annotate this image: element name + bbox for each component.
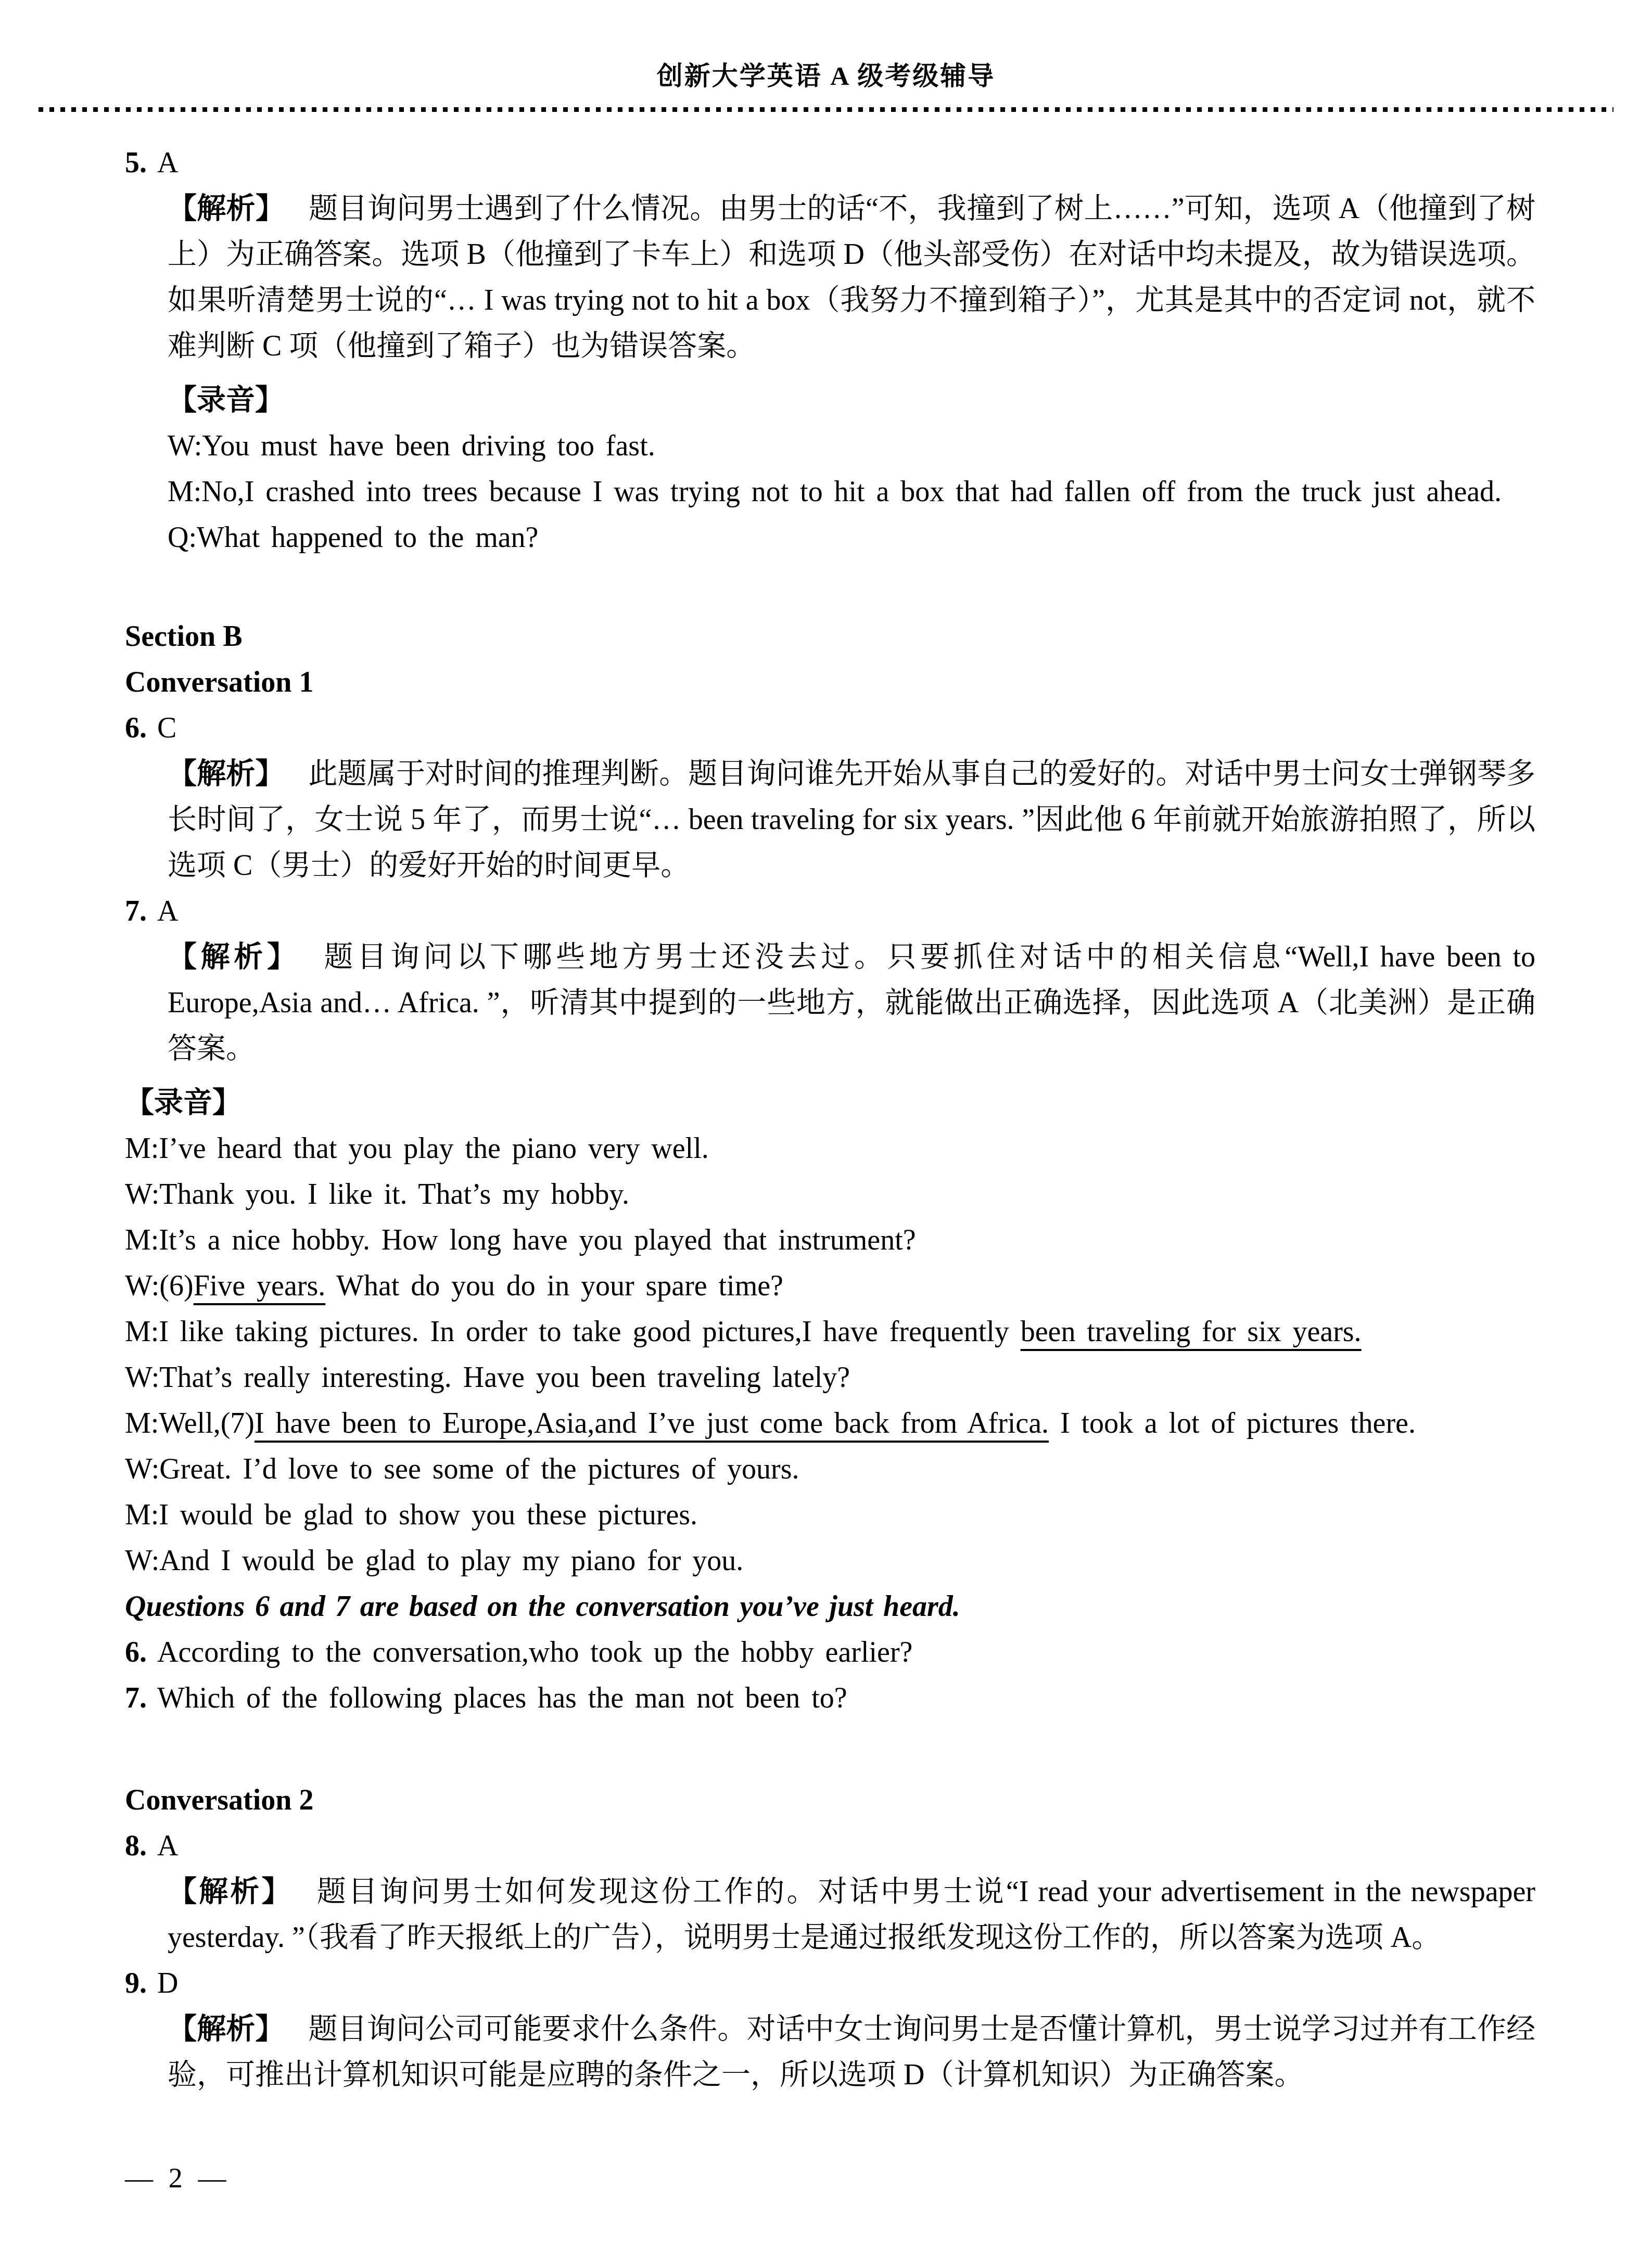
answer-letter: D — [157, 1967, 178, 1999]
answer-letter: A — [157, 147, 178, 179]
page-number: — 2 — — [0, 2155, 1652, 2201]
dialogue-text: M:I would be glad to show you these pict… — [125, 1499, 697, 1531]
dialogue-line: W:That’s really interesting. Have you be… — [125, 1355, 1535, 1400]
analysis-text: 题目询问公司可能要求什么条件。对话中女士询问男士是否懂计算机，男士说学习过并有工… — [168, 2013, 1535, 2091]
question-number: 6. — [125, 1636, 147, 1668]
section-b-heading: Section B — [125, 614, 1535, 659]
dialogue-underlined-text: I have been to Europe,Asia,and I’ve just… — [255, 1407, 1049, 1440]
dialogue-text: Q:What happened to the man? — [168, 521, 538, 554]
analysis-tag: 【解析】 — [168, 941, 300, 973]
dialogue-line: W:And I would be glad to play my piano f… — [125, 1538, 1535, 1584]
analysis-text: 题目询问男士如何发现这份工作的。对话中男士说“I read your adver… — [168, 1876, 1535, 1954]
question-number: 7. — [125, 1682, 147, 1714]
dialogue-line: W:Thank you. I like it. That’s my hobby. — [125, 1171, 1535, 1217]
dialogue-line: W:You must have been driving too fast. — [168, 423, 1535, 469]
dialogue-text: M:I’ve heard that you play the piano ver… — [125, 1132, 709, 1165]
dialogue-text: W:Great. I’d love to see some of the pic… — [125, 1453, 799, 1485]
dialogue-underlined-text: Five years. — [194, 1270, 326, 1302]
questions-note: Questions 6 and 7 are based on the conve… — [125, 1584, 1535, 1629]
dialogue-text: M:I like taking pictures. In order to ta… — [125, 1316, 1021, 1348]
dialogue-text: W:And I would be glad to play my piano f… — [125, 1545, 743, 1577]
question-line-7: 7.Which of the following places has the … — [125, 1675, 1535, 1721]
dialogue-text: M:Well,(7) — [125, 1407, 255, 1440]
answer-number: 5. — [125, 147, 147, 179]
analysis-text: 题目询问以下哪些地方男士还没去过。只要抓住对话中的相关信息“Well,I hav… — [168, 941, 1535, 1065]
dialogue-text: W:Thank you. I like it. That’s my hobby. — [125, 1178, 629, 1211]
dialogue-line: M:It’s a nice hobby. How long have you p… — [125, 1217, 1535, 1263]
analysis-tag: 【解析】 — [168, 758, 285, 790]
analysis-paragraph-6: 【解析】此题属于对时间的推理判断。题目询问谁先开始从事自己的爱好的。对话中男士问… — [168, 751, 1535, 888]
answer-number: 7. — [125, 895, 147, 927]
answer-number: 8. — [125, 1830, 147, 1862]
dialogue-text: M:It’s a nice hobby. How long have you p… — [125, 1224, 916, 1256]
dialogue-text: M:No,I crashed into trees because I was … — [168, 476, 1502, 508]
dialogue-underlined-text: been traveling for six years. — [1021, 1316, 1362, 1348]
question-text: According to the conversation,who took u… — [157, 1636, 912, 1668]
question-line-6: 6.According to the conversation,who took… — [125, 1629, 1535, 1675]
dialogue-text: What do you do in your spare time? — [325, 1270, 783, 1302]
conversation-1-heading: Conversation 1 — [125, 659, 1535, 705]
recording-tag-2: 【录音】 — [125, 1080, 1535, 1126]
analysis-paragraph-7: 【解析】题目询问以下哪些地方男士还没去过。只要抓住对话中的相关信息“Well,I… — [168, 934, 1535, 1072]
conversation-2-heading: Conversation 2 — [125, 1777, 1535, 1823]
answer-line-5: 5.A — [125, 140, 1535, 186]
answer-number: 6. — [125, 712, 147, 744]
analysis-text: 此题属于对时间的推理判断。题目询问谁先开始从事自己的爱好的。对话中男士问女士弹钢… — [168, 758, 1535, 882]
analysis-tag: 【解析】 — [168, 2013, 285, 2045]
answer-number: 9. — [125, 1967, 147, 1999]
answer-letter: C — [157, 712, 176, 744]
dialogue-text: W:(6) — [125, 1270, 194, 1302]
page-content: 5.A 【解析】题目询问男士遇到了什么情况。由男士的话“不，我撞到了树上……”可… — [0, 140, 1652, 2098]
header-divider — [39, 107, 1613, 112]
analysis-paragraph-5: 【解析】题目询问男士遇到了什么情况。由男士的话“不，我撞到了树上……”可知，选项… — [168, 186, 1535, 369]
analysis-paragraph-8: 【解析】题目询问男士如何发现这份工作的。对话中男士说“I read your a… — [168, 1869, 1535, 1960]
answer-letter: A — [157, 895, 178, 927]
dialogue-line: W:(6)Five years. What do you do in your … — [125, 1263, 1535, 1309]
question-text: Which of the following places has the ma… — [157, 1682, 847, 1714]
dialogue-text: W:You must have been driving too fast. — [168, 430, 655, 462]
analysis-tag: 【解析】 — [168, 1876, 293, 1908]
answer-line-9: 9.D — [125, 1960, 1535, 2006]
dialogue-line: M:I like taking pictures. In order to ta… — [125, 1309, 1535, 1355]
recording-tag-1: 【录音】 — [168, 377, 1535, 423]
dialogue-line: M:Well,(7)I have been to Europe,Asia,and… — [125, 1400, 1535, 1446]
analysis-text: 题目询问男士遇到了什么情况。由男士的话“不，我撞到了树上……”可知，选项 A（他… — [168, 193, 1535, 362]
analysis-tag: 【解析】 — [168, 193, 285, 225]
dialogue-text: W:That’s really interesting. Have you be… — [125, 1361, 850, 1394]
analysis-paragraph-9: 【解析】题目询问公司可能要求什么条件。对话中女士询问男士是否懂计算机，男士说学习… — [168, 2006, 1535, 2098]
answer-line-8: 8.A — [125, 1823, 1535, 1869]
answer-line-7: 7.A — [125, 888, 1535, 934]
dialogue-line: M:No,I crashed into trees because I was … — [168, 469, 1535, 515]
page-title: 创新大学英语 A 级考级辅导 — [0, 0, 1652, 92]
dialogue-line: W:Great. I’d love to see some of the pic… — [125, 1446, 1535, 1492]
dialogue-line: M:I’ve heard that you play the piano ver… — [125, 1126, 1535, 1171]
dialogue-line: Q:What happened to the man? — [168, 515, 1535, 560]
answer-line-6: 6.C — [125, 705, 1535, 751]
answer-letter: A — [157, 1830, 178, 1862]
dialogue-line: M:I would be glad to show you these pict… — [125, 1492, 1535, 1538]
dialogue-text: I took a lot of pictures there. — [1049, 1407, 1416, 1440]
